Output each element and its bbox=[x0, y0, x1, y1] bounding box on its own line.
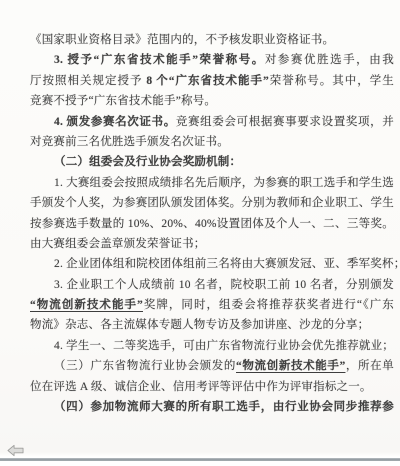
text-line: 由大赛组委会盖章颁发荣誉证书； bbox=[30, 234, 394, 254]
text-segment: （二）组委会及行业协会奖励机制： bbox=[54, 156, 241, 168]
text-segment: 竞赛不授予“广东省技术能手”称号。 bbox=[30, 95, 216, 107]
text-segment: 荣誉称号。其中，学生 bbox=[269, 75, 394, 87]
text-line: 位在评选 A 级、诚信企业、信用考评等评估中作为评审指标之一。 bbox=[30, 377, 394, 397]
text-line: 厅按照相关规定授予 8 个“广东省技术能手”荣誉称号。其中，学生 bbox=[30, 71, 394, 91]
text-segment: 位在评选 A 级、诚信企业、信用考评等评估中作为评审指标之一。 bbox=[30, 381, 372, 393]
text-line: 2. 企业团体组和院校团体组前三名将由大赛颁发冠、亚、季军奖杯； bbox=[30, 254, 394, 274]
document-body: 《国家职业资格目录》范围内的，不予核发职业资格证书。3. 授予“广东省技术能手”… bbox=[30, 30, 394, 417]
text-segment: 物流》杂志、各主流媒体专题人物专访及参加讲座、沙龙的分享； bbox=[30, 319, 369, 331]
text-segment: 3. 授予“广东省技术能手”荣誉称号。 bbox=[54, 54, 265, 66]
text-line: 3. 企业职工个人成绩前 10 名者，院校职工前 10 名者，分别颁发 bbox=[30, 275, 394, 295]
text-segment: 3. 企业职工个人成绩前 10 名者，院校职工前 10 名者，分别颁发 bbox=[54, 279, 394, 291]
text-line: （二）组委会及行业协会奖励机制： bbox=[30, 152, 394, 172]
text-line: 对竞赛前三名优胜选手颁发名次证书。 bbox=[30, 132, 394, 152]
text-segment: （四）参加物流师大赛的所有职工选手，由行业协会同步推荐参 bbox=[54, 401, 394, 413]
document-page: 《国家职业资格目录》范围内的，不予核发职业资格证书。3. 授予“广东省技术能手”… bbox=[0, 0, 400, 466]
text-segment: 4. 颁发参赛名次证书。 bbox=[54, 116, 176, 128]
text-segment: 1. 大赛组委会按照成绩排名先后顺序，为参赛的职工选手和学生选 bbox=[54, 177, 394, 189]
text-line: 4. 学生一、二等奖选手，可由广东省物流行业协会优先推荐就业； bbox=[30, 336, 394, 356]
text-segment: 由大赛组委会盖章颁发荣誉证书； bbox=[30, 238, 206, 250]
text-segment: ，所在单 bbox=[345, 360, 394, 372]
text-segment: 8 个“广东省技术能手” bbox=[146, 75, 269, 87]
below-divider-strip bbox=[0, 461, 400, 466]
text-segment: 对竞赛前三名优胜选手颁发名次证书。 bbox=[30, 136, 229, 148]
text-segment: 对参赛优胜选手，由我 bbox=[265, 54, 394, 66]
text-line: 按参赛选手数量的 10%、20%、40%设置团体及个人一、二、三等奖。 bbox=[30, 214, 394, 234]
text-line: 竞赛不授予“广东省技术能手”称号。 bbox=[30, 91, 394, 111]
text-segment: 2. 企业团体组和院校团体组前三名将由大赛颁发冠、亚、季军奖杯； bbox=[54, 258, 400, 270]
text-line: （四）参加物流师大赛的所有职工选手，由行业协会同步推荐参 bbox=[30, 397, 394, 417]
text-segment: 按参赛选手数量的 10%、20%、40%设置团体及个人一、二、三等奖。 bbox=[30, 218, 394, 230]
text-segment: “物流创新技术能手” bbox=[30, 299, 143, 311]
text-segment: 手颁发个人奖，为参赛团队颁发团体奖。分别为教师和企业职工、学生 bbox=[30, 197, 394, 209]
text-line: 手颁发个人奖，为参赛团队颁发团体奖。分别为教师和企业职工、学生 bbox=[30, 193, 394, 213]
text-segment: 《国家职业资格目录》范围内的，不予核发职业资格证书。 bbox=[30, 34, 334, 46]
text-line: 1. 大赛组委会按照成绩排名先后顺序，为参赛的职工选手和学生选 bbox=[30, 173, 394, 193]
text-line: 物流》杂志、各主流媒体专题人物专访及参加讲座、沙龙的分享； bbox=[30, 315, 394, 335]
text-line: 《国家职业资格目录》范围内的，不予核发职业资格证书。 bbox=[30, 30, 394, 50]
text-segment: 竞赛组委会可根据赛事要求设置奖项，并 bbox=[176, 116, 394, 128]
text-segment: 4. 学生一、二等奖选手，可由广东省物流行业协会优先推荐就业； bbox=[54, 340, 394, 352]
text-segment: 厅按照相关规定授予 bbox=[30, 75, 146, 87]
text-segment: （三）广东省物流行业协会颁发的 bbox=[54, 360, 236, 372]
text-line: （三）广东省物流行业协会颁发的“物流创新技术能手”，所在单 bbox=[30, 356, 394, 376]
text-line: 3. 授予“广东省技术能手”荣誉称号。对参赛优胜选手，由我 bbox=[30, 50, 394, 70]
text-segment: “物流创新技术能手” bbox=[236, 360, 345, 372]
text-line: 4. 颁发参赛名次证书。竞赛组委会可根据赛事要求设置奖项，并 bbox=[30, 112, 394, 132]
text-segment: 奖牌，同时，组委会将推荐获奖者进行“《广东 bbox=[143, 299, 394, 311]
text-line: “物流创新技术能手”奖牌，同时，组委会将推荐获奖者进行“《广东 bbox=[30, 295, 394, 315]
back-arrow-icon[interactable] bbox=[7, 444, 24, 457]
